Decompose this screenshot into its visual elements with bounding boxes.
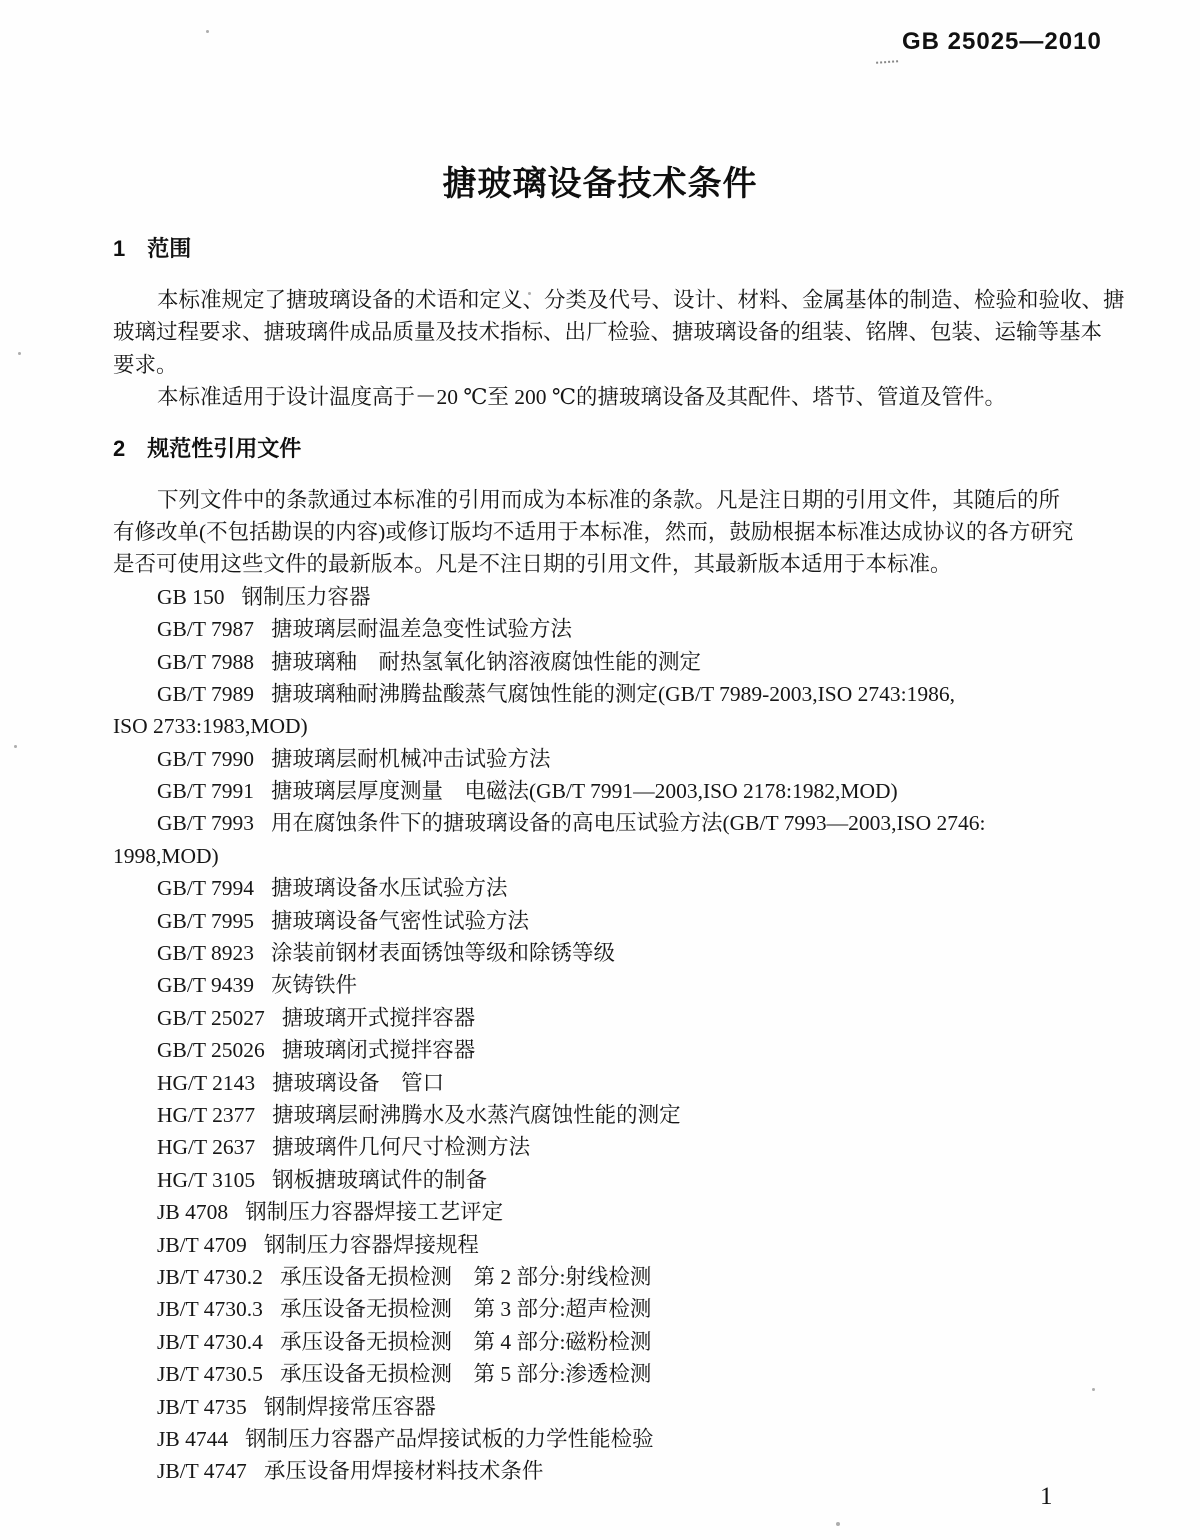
reference-code: JB/T 4730.2	[157, 1265, 263, 1289]
scan-artifact	[836, 1522, 840, 1526]
reference-title: 搪玻璃设备水压试验方法	[271, 876, 508, 900]
reference-code: GB/T 7995	[157, 909, 254, 933]
reference-title: 搪玻璃开式搅拌容器	[282, 1006, 476, 1030]
reference-title: 钢制压力容器	[242, 585, 371, 609]
reference-title: 搪玻璃件几何尺寸检测方法	[272, 1135, 530, 1159]
reference-code: GB/T 25027	[157, 1006, 265, 1030]
scan-artifact	[14, 745, 17, 748]
reference-code: JB/T 4747	[157, 1459, 247, 1483]
scan-artifact	[206, 30, 209, 33]
reference-code: GB/T 7988	[157, 650, 254, 674]
reference-title: 钢制焊接常压容器	[264, 1395, 436, 1419]
reference-code: JB/T 4730.4	[157, 1330, 263, 1354]
reference-entry: JB/T 4730.4承压设备无损检测 第 4 部分:磁粉检测	[113, 1326, 1086, 1358]
reference-title: 涂装前钢材表面锈蚀等级和除锈等级	[271, 941, 615, 965]
reference-entry: HG/T 2377搪玻璃层耐沸腾水及水蒸汽腐蚀性能的测定	[113, 1099, 1086, 1131]
reference-title: 搪玻璃闭式搅拌容器	[282, 1038, 476, 1062]
text-line: 本标准规定了搪玻璃设备的术语和定义、分类及代号、设计、材料、金属基体的制造、检验…	[113, 284, 1086, 316]
reference-title: 承压设备无损检测 第 2 部分:射线检测	[280, 1265, 651, 1289]
reference-entry: GB/T 7988搪玻璃釉 耐热氢氧化钠溶液腐蚀性能的测定	[113, 646, 1086, 678]
document-title: 搪玻璃设备技术条件	[0, 156, 1200, 205]
reference-code: GB/T 7994	[157, 876, 254, 900]
reference-code: GB/T 25026	[157, 1038, 265, 1062]
reference-entry: JB/T 4709钢制压力容器焊接规程	[113, 1229, 1086, 1261]
reference-entry: JB/T 4735钢制焊接常压容器	[113, 1391, 1086, 1423]
reference-continuation-line: ISO 2733:1983,MOD)	[113, 710, 1086, 742]
text-line: 要求。	[113, 349, 1086, 381]
section-1-body: 本标准规定了搪玻璃设备的术语和定义、分类及代号、设计、材料、金属基体的制造、检验…	[113, 284, 1086, 414]
scan-artifact	[876, 57, 898, 64]
reference-entry: JB/T 4747承压设备用焊接材料技术条件	[113, 1455, 1086, 1487]
reference-code: JB/T 4709	[157, 1233, 247, 1257]
page-number: 1	[1040, 1483, 1053, 1511]
reference-entry: JB/T 4730.3承压设备无损检测 第 3 部分:超声检测	[113, 1293, 1086, 1325]
reference-entry: GB/T 7991搪玻璃层厚度测量 电磁法(GB/T 7991—2003,ISO…	[113, 775, 1086, 807]
reference-title: 搪玻璃层耐温差急变性试验方法	[271, 617, 572, 641]
reference-entry: HG/T 3105钢板搪玻璃试件的制备	[113, 1164, 1086, 1196]
reference-entry: HG/T 2637搪玻璃件几何尺寸检测方法	[113, 1131, 1086, 1163]
reference-code: GB/T 7990	[157, 747, 254, 771]
reference-continuation-line: 1998,MOD)	[113, 840, 1086, 872]
reference-code: GB/T 7987	[157, 617, 254, 641]
reference-entry: GB/T 25027搪玻璃开式搅拌容器	[113, 1002, 1086, 1034]
reference-title: 承压设备无损检测 第 5 部分:渗透检测	[280, 1362, 651, 1386]
scan-artifact	[1092, 1388, 1095, 1391]
reference-entry: GB/T 7989搪玻璃釉耐沸腾盐酸蒸气腐蚀性能的测定(GB/T 7989-20…	[113, 678, 1086, 710]
reference-title: 搪玻璃釉 耐热氢氧化钠溶液腐蚀性能的测定	[271, 650, 701, 674]
reference-title: 承压设备无损检测 第 4 部分:磁粉检测	[280, 1330, 651, 1354]
reference-title: 钢板搪玻璃试件的制备	[272, 1168, 487, 1192]
reference-entry: GB/T 7993用在腐蚀条件下的搪玻璃设备的高电压试验方法(GB/T 7993…	[113, 807, 1086, 839]
reference-title: 灰铸铁件	[271, 973, 357, 997]
reference-title: 钢制压力容器产品焊接试板的力学性能检验	[245, 1427, 654, 1451]
reference-title: 搪玻璃层耐机械冲击试验方法	[271, 747, 551, 771]
reference-entry: JB/T 4730.2承压设备无损检测 第 2 部分:射线检测	[113, 1261, 1086, 1293]
reference-title: 搪玻璃设备气密性试验方法	[271, 909, 529, 933]
reference-code: HG/T 3105	[157, 1168, 255, 1192]
reference-code: JB/T 4730.3	[157, 1297, 263, 1321]
standard-code-header: GB 25025—2010	[902, 28, 1087, 56]
reference-code: GB/T 8923	[157, 941, 254, 965]
reference-title: 承压设备用焊接材料技术条件	[264, 1459, 544, 1483]
reference-title: 钢制压力容器焊接工艺评定	[245, 1200, 503, 1224]
reference-entry: JB 4708钢制压力容器焊接工艺评定	[113, 1196, 1086, 1228]
section-normative-references: 2 规范性引用文件 下列文件中的条款通过本标准的引用而成为本标准的条款。凡是注日…	[113, 436, 1086, 1488]
reference-list: GB 150钢制压力容器GB/T 7987搪玻璃层耐温差急变性试验方法GB/T …	[113, 581, 1086, 1488]
reference-entry: GB/T 7987搪玻璃层耐温差急变性试验方法	[113, 613, 1086, 645]
reference-code: GB/T 7993	[157, 811, 254, 835]
reference-code: HG/T 2143	[157, 1071, 255, 1095]
reference-title: 搪玻璃釉耐沸腾盐酸蒸气腐蚀性能的测定(GB/T 7989-2003,ISO 27…	[271, 682, 955, 706]
reference-entry: GB/T 7994搪玻璃设备水压试验方法	[113, 872, 1086, 904]
reference-title: 用在腐蚀条件下的搪玻璃设备的高电压试验方法(GB/T 7993—2003,ISO…	[271, 811, 986, 835]
reference-code: JB/T 4730.5	[157, 1362, 263, 1386]
text-line: 下列文件中的条款通过本标准的引用而成为本标准的条款。凡是注日期的引用文件，其随后…	[113, 484, 1086, 516]
reference-entry: GB/T 9439灰铸铁件	[113, 969, 1086, 1001]
page-content: 1 范围 本标准规定了搪玻璃设备的术语和定义、分类及代号、设计、材料、金属基体的…	[113, 236, 1086, 1488]
section-scope: 1 范围 本标准规定了搪玻璃设备的术语和定义、分类及代号、设计、材料、金属基体的…	[113, 236, 1086, 414]
section-1-heading: 1 范围	[113, 236, 1086, 262]
reference-code: GB/T 7989	[157, 682, 254, 706]
reference-code: GB/T 9439	[157, 973, 254, 997]
section-2-heading: 2 规范性引用文件	[113, 436, 1086, 462]
reference-entry: GB/T 25026搪玻璃闭式搅拌容器	[113, 1034, 1086, 1066]
reference-code: GB/T 7991	[157, 779, 254, 803]
text-line: 有修改单(不包括勘误的内容)或修订版均不适用于本标准，然而，鼓励根据本标准达成协…	[113, 516, 1086, 548]
reference-title: 搪玻璃层耐沸腾水及水蒸汽腐蚀性能的测定	[272, 1103, 681, 1127]
reference-entry: GB/T 7990搪玻璃层耐机械冲击试验方法	[113, 743, 1086, 775]
reference-title: 承压设备无损检测 第 3 部分:超声检测	[280, 1297, 651, 1321]
reference-code: JB 4744	[157, 1427, 228, 1451]
reference-entry: JB/T 4730.5承压设备无损检测 第 5 部分:渗透检测	[113, 1358, 1086, 1390]
document-page: GB 25025—2010 搪玻璃设备技术条件 1 范围 本标准规定了搪玻璃设备…	[0, 0, 1200, 1540]
scan-artifact	[18, 352, 21, 355]
reference-entry: GB 150钢制压力容器	[113, 581, 1086, 613]
reference-title: 搪玻璃层厚度测量 电磁法(GB/T 7991—2003,ISO 2178:198…	[271, 779, 898, 803]
reference-title: 搪玻璃设备 管口	[272, 1071, 444, 1095]
section-2-intro: 下列文件中的条款通过本标准的引用而成为本标准的条款。凡是注日期的引用文件，其随后…	[113, 484, 1086, 581]
reference-entry: HG/T 2143搪玻璃设备 管口	[113, 1067, 1086, 1099]
reference-code: HG/T 2637	[157, 1135, 255, 1159]
reference-entry: JB 4744钢制压力容器产品焊接试板的力学性能检验	[113, 1423, 1086, 1455]
reference-code: HG/T 2377	[157, 1103, 255, 1127]
reference-code: GB 150	[157, 585, 225, 609]
text-line: 本标准适用于设计温度高于－20 ℃至 200 ℃的搪玻璃设备及其配件、塔节、管道…	[113, 381, 1086, 413]
reference-code: JB/T 4735	[157, 1395, 247, 1419]
text-line: 玻璃过程要求、搪玻璃件成品质量及技术指标、出厂检验、搪玻璃设备的组装、铭牌、包装…	[113, 316, 1086, 348]
reference-entry: GB/T 7995搪玻璃设备气密性试验方法	[113, 905, 1086, 937]
text-line: 是否可使用这些文件的最新版本。凡是不注日期的引用文件，其最新版本适用于本标准。	[113, 548, 1086, 580]
reference-entry: GB/T 8923涂装前钢材表面锈蚀等级和除锈等级	[113, 937, 1086, 969]
reference-code: JB 4708	[157, 1200, 228, 1224]
reference-title: 钢制压力容器焊接规程	[264, 1233, 479, 1257]
